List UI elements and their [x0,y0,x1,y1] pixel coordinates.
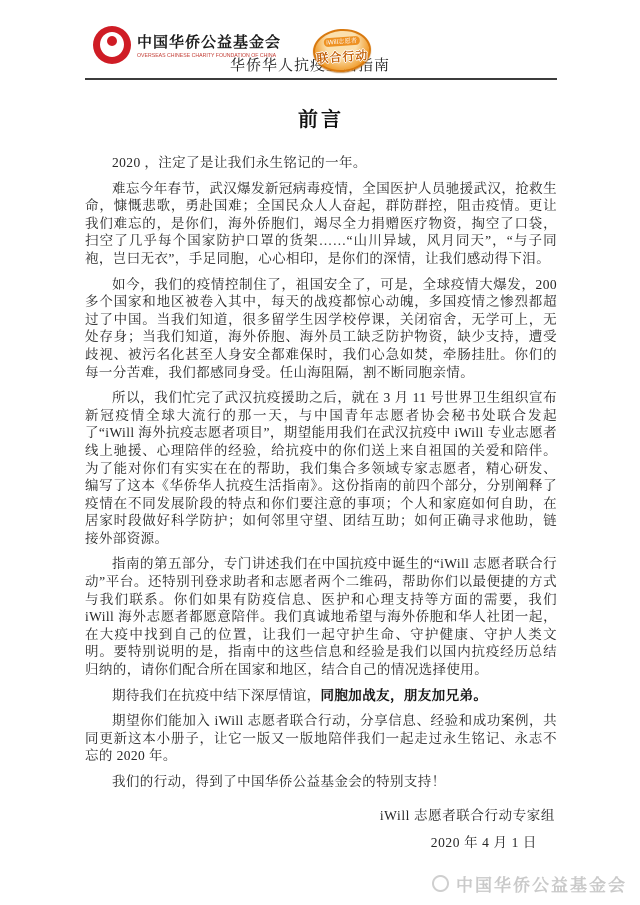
paragraph-1: 2020 ，注定了是让我们永生铭记的一年。 [85,154,557,172]
page-content: 中国华侨公益基金会 OVERSEAS CHINESE CHARITY FOUND… [0,0,640,852]
paragraph-7: 期望你们能加入 iWill 志愿者联合行动，分享信息、经验和成功案例，共同更新这… [85,712,557,765]
signature-group: iWill 志愿者联合行动专家组 [85,807,557,825]
farewell-normal-text: 期待我们在抗疫中结下深厚情谊， [112,688,321,703]
paragraph-3: 如今，我们的疫情控制住了，祖国安全了，可是，全球疫情大爆发，200 多个国家和地… [85,276,557,382]
paragraph-2: 难忘今年春节，武汉爆发新冠病毒疫情，全国医护人员驰援武汉，抢救生命，慷慨悲歌，勇… [85,180,557,268]
iwill-badge-line2: 联合行动 [316,46,369,67]
page-title: 前言 [85,106,557,134]
paragraph-4: 所以，我们忙完了武汉抗疫援助之后，就在 3 月 11 号世界卫生组织宣布新冠疫情… [85,389,557,547]
farewell-emphasis-text: 同胞加战友，朋友加兄弟。 [321,688,488,703]
footer: 中国华侨公益基金会 [432,871,627,896]
paragraph-8: 我们的行动，得到了中国华侨公益基金会的特别支持！ [85,773,557,791]
paragraph-5: 指南的第五部分，专门讲述我们在中国抗疫中诞生的“iWill 志愿者联合行动”平台… [85,555,557,678]
signature-block: iWill 志愿者联合行动专家组 2020 年 4 月 1 日 [85,807,557,852]
page-header: 中国华侨公益基金会 OVERSEAS CHINESE CHARITY FOUND… [85,0,557,80]
paragraph-farewell: 期待我们在抗疫中结下深厚情谊，同胞加战友，朋友加兄弟。 [85,687,557,705]
foundation-logo-dot [107,36,117,46]
iwill-badge-line1: iWill志愿者 [323,36,359,47]
footer-brand: 中国华侨公益基金会 [456,871,627,896]
signature-date: 2020 年 4 月 1 日 [85,834,557,852]
foundation-logo-icon [93,26,131,64]
footer-logo-icon [432,875,449,892]
document-page: 中国华侨公益基金会 OVERSEAS CHINESE CHARITY FOUND… [0,0,640,905]
